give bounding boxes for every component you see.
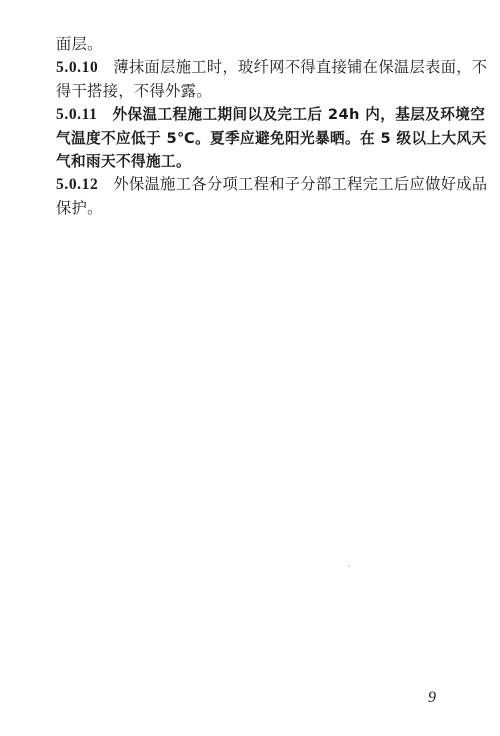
clause-text: 薄抹面层施工时，玻纤网不得直接铺在保温层表面，不 bbox=[113, 58, 487, 76]
scan-speck bbox=[348, 565, 350, 567]
continuation-line: 面层。 bbox=[56, 33, 462, 56]
clause-number: 5.0.10 bbox=[56, 59, 98, 76]
document-body: 面层。 5.0.10薄抹面层施工时，玻纤网不得直接铺在保温层表面，不 得干搭接，… bbox=[56, 33, 462, 220]
clause-5-0-10-line-2: 得干搭接，不得外露。 bbox=[56, 80, 462, 103]
clause-text: 外保温工程施工期间以及完工后 24h 内，基层及环境空 bbox=[113, 106, 486, 123]
clause-text: 外保温施工各分项工程和子分部工程完工后应做好成品 bbox=[113, 175, 487, 193]
clause-5-0-12-line-1: 5.0.12外保温施工各分项工程和子分部工程完工后应做好成品 bbox=[56, 173, 462, 196]
clause-5-0-11-line-2: 气温度不应低于 5℃。夏季应避免阳光暴晒。在 5 级以上大风天 bbox=[56, 127, 462, 150]
clause-5-0-11-line-3: 气和雨天不得施工。 bbox=[56, 150, 462, 173]
clause-5-0-12-line-2: 保护。 bbox=[56, 197, 462, 220]
clause-number: 5.0.11 bbox=[56, 106, 98, 123]
clause-number: 5.0.12 bbox=[56, 176, 98, 193]
clause-5-0-11-line-1: 5.0.11外保温工程施工期间以及完工后 24h 内，基层及环境空 bbox=[56, 103, 462, 126]
page-number: 9 bbox=[428, 689, 436, 707]
clause-5-0-10-line-1: 5.0.10薄抹面层施工时，玻纤网不得直接铺在保温层表面，不 bbox=[56, 56, 462, 79]
